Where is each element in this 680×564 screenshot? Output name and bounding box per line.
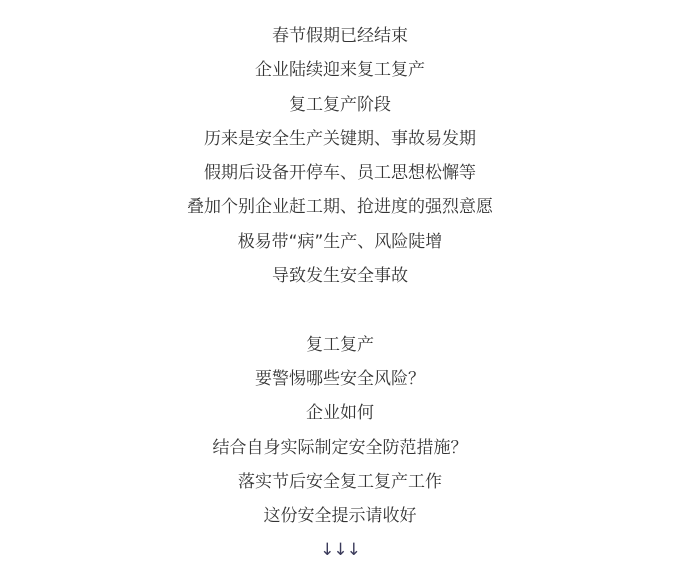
question-section: 复工复产 要警惕哪些安全风险？ 企业如何 结合自身实际制定安全防范措施？ 落实节… xyxy=(0,328,680,534)
question-line-6: 这份安全提示请收好 xyxy=(0,499,680,533)
intro-line-7: 极易带“病”生产、风险陡增 xyxy=(0,225,680,259)
question-line-3: 企业如何 xyxy=(0,396,680,430)
article-body: 春节假期已经结束 企业陆续迎来复工复产 复工复产阶段 历来是安全生产关键期、事故… xyxy=(0,19,680,564)
question-line-4: 结合自身实际制定安全防范措施？ xyxy=(0,431,680,465)
intro-line-6: 叠加个别企业赶工期、抢进度的强烈意愿 xyxy=(0,190,680,224)
question-line-5: 落实节后安全复工复产工作 xyxy=(0,465,680,499)
down-arrows-icon: ↓↓↓ xyxy=(0,533,680,564)
intro-line-4: 历来是安全生产关键期、事故易发期 xyxy=(0,122,680,156)
intro-line-1: 春节假期已经结束 xyxy=(0,19,680,53)
question-line-2: 要警惕哪些安全风险？ xyxy=(0,362,680,396)
question-line-1: 复工复产 xyxy=(0,328,680,362)
intro-line-2: 企业陆续迎来复工复产 xyxy=(0,53,680,87)
intro-line-5: 假期后设备开停车、员工思想松懈等 xyxy=(0,156,680,190)
intro-line-8: 导致发生安全事故 xyxy=(0,259,680,293)
paragraph-spacer xyxy=(0,293,680,327)
intro-line-3: 复工复产阶段 xyxy=(0,88,680,122)
intro-section: 春节假期已经结束 企业陆续迎来复工复产 复工复产阶段 历来是安全生产关键期、事故… xyxy=(0,19,680,293)
